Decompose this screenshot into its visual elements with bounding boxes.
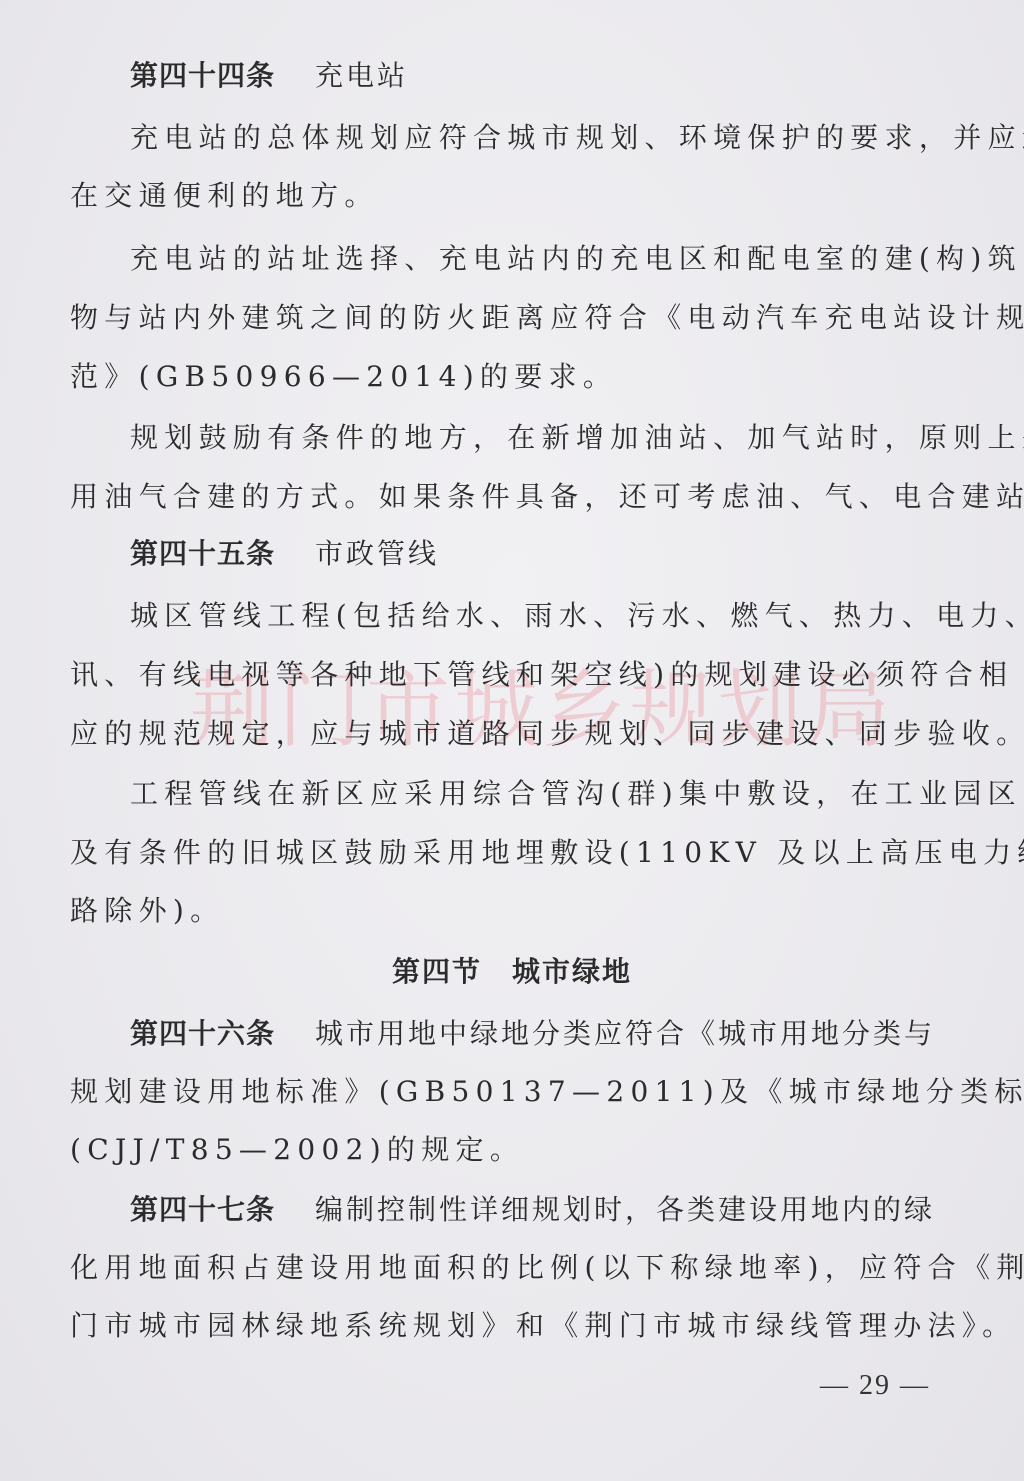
article-title: 充电站 bbox=[315, 59, 408, 92]
paragraph-line: 用油气合建的方式。如果条件具备，还可考虑油、气、电合建站。 bbox=[70, 477, 960, 517]
paragraph-line: 充电站的总体规划应符合城市规划、环境保护的要求，并应选 bbox=[130, 118, 960, 158]
article-title: 市政管线 bbox=[315, 537, 439, 570]
document-page: 荆门市城乡规划局 第四十四条充电站 充电站的总体规划应符合城市规划、环境保护的要… bbox=[0, 0, 1024, 1481]
paragraph-line: 充电站的站址选择、充电站内的充电区和配电室的建(构)筑 bbox=[130, 239, 960, 279]
paragraph-line: 应的规范规定，应与城市道路同步规划、同步建设、同步验收。 bbox=[70, 714, 960, 754]
section-name: 城市绿地 bbox=[512, 955, 632, 988]
article-heading: 第四十七条 bbox=[130, 1193, 275, 1226]
paragraph-line: 在交通便利的地方。 bbox=[70, 176, 960, 216]
paragraph-line: (CJJ/T85—2002)的规定。 bbox=[70, 1130, 960, 1170]
section-title: 第四节城市绿地 bbox=[0, 952, 1024, 992]
paragraph-line: 化用地面积占建设用地面积的比例(以下称绿地率)，应符合《荆 bbox=[70, 1248, 960, 1288]
article-44-heading-line: 第四十四条充电站 bbox=[130, 56, 960, 96]
paragraph-line: 规划鼓励有条件的地方，在新增加油站、加气站时，原则上采 bbox=[130, 418, 960, 458]
article-heading: 第四十六条 bbox=[130, 1017, 275, 1050]
paragraph-line: 物与站内外建筑之间的防火距离应符合《电动汽车充电站设计规 bbox=[70, 298, 960, 338]
paragraph-line: 门市城市园林绿地系统规划》和《荆门市城市绿线管理办法》。 bbox=[70, 1306, 960, 1346]
paragraph-line: 路除外)。 bbox=[70, 891, 960, 931]
section-number: 第四节 bbox=[392, 955, 482, 988]
paragraph-line: 工程管线在新区应采用综合管沟(群)集中敷设，在工业园区 bbox=[130, 774, 960, 814]
article-heading: 第四十四条 bbox=[130, 59, 275, 92]
paragraph-line: 城区管线工程(包括给水、雨水、污水、燃气、热力、电力、通 bbox=[130, 596, 960, 636]
paragraph-line: 讯、有线电视等各种地下管线和架空线)的规划建设必须符合相 bbox=[70, 655, 960, 695]
article-text: 编制控制性详细规划时，各类建设用地内的绿 bbox=[315, 1193, 935, 1226]
paragraph-line: 及有条件的旧城区鼓励采用地埋敷设(110KV 及以上高压电力线 bbox=[70, 833, 960, 873]
article-47-line: 第四十七条编制控制性详细规划时，各类建设用地内的绿 bbox=[130, 1190, 960, 1230]
paragraph-line: 规划建设用地标准》(GB50137—2011)及《城市绿地分类标准》 bbox=[70, 1072, 960, 1112]
article-heading: 第四十五条 bbox=[130, 537, 275, 570]
paragraph-line: 范》(GB50966—2014)的要求。 bbox=[70, 357, 960, 397]
page-number: — 29 — bbox=[820, 1366, 930, 1406]
article-46-line: 第四十六条城市用地中绿地分类应符合《城市用地分类与 bbox=[130, 1014, 960, 1054]
article-text: 城市用地中绿地分类应符合《城市用地分类与 bbox=[315, 1017, 935, 1050]
article-45-heading-line: 第四十五条市政管线 bbox=[130, 534, 960, 574]
